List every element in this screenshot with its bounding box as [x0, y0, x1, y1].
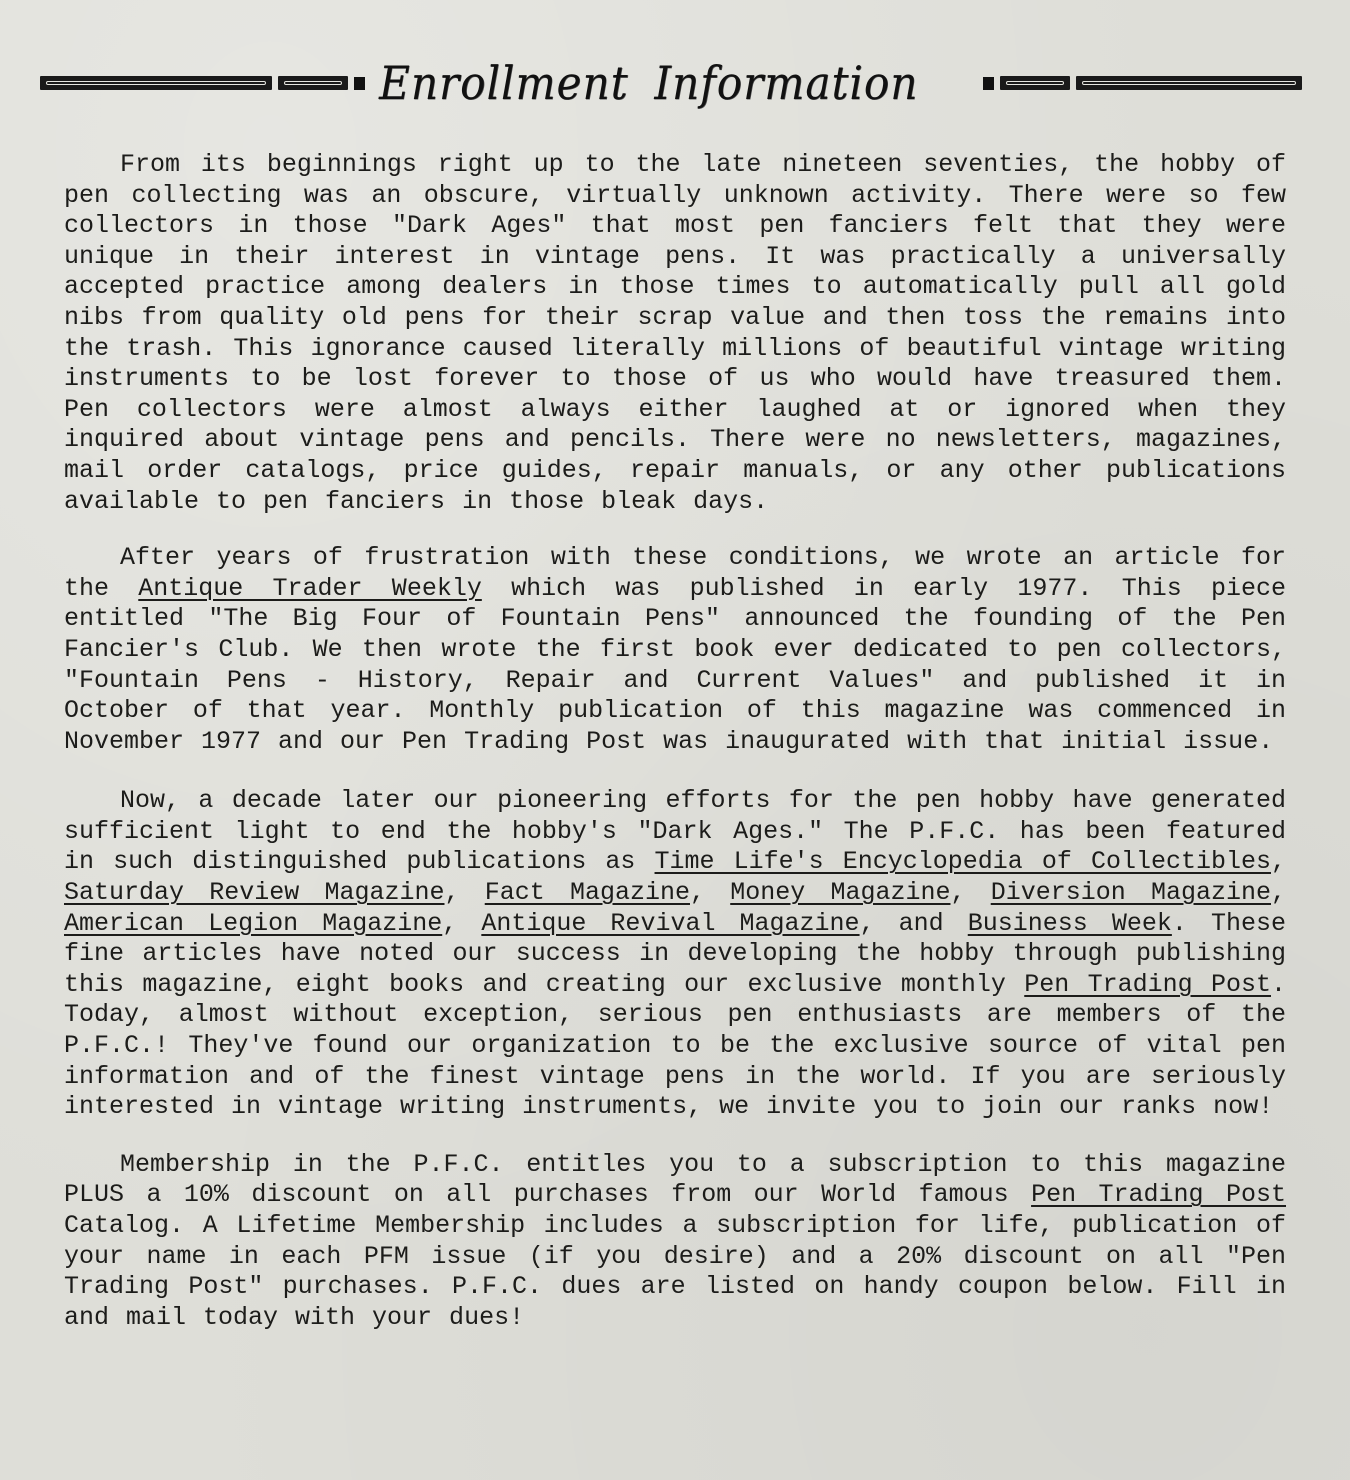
- title-word-enrollment: Enrollment: [379, 56, 629, 110]
- publication-title: Pen Trading Post: [1031, 1180, 1286, 1209]
- title-word-information: Information: [654, 56, 918, 110]
- magazine-page: EnrollmentInformation From its beginning…: [0, 0, 1350, 1480]
- paragraph-history: From its beginnings right up to the late…: [64, 150, 1286, 517]
- article-body: From its beginnings right up to the late…: [64, 150, 1286, 1359]
- ornament-square-left: [354, 77, 365, 90]
- publication-title: Antique Revival Magazine: [481, 909, 859, 938]
- ornament-bar-right-long: [1076, 76, 1302, 90]
- title-banner: EnrollmentInformation: [40, 48, 1310, 118]
- ornament-bar-left-short: [278, 76, 348, 90]
- publication-title: Diversion Magazine: [991, 878, 1271, 907]
- paragraph-founding: After years of frustration with these co…: [64, 543, 1286, 757]
- publication-title: Business Week: [968, 909, 1172, 938]
- publication-title: Fact Magazine: [485, 878, 690, 907]
- paragraph-membership: Membership in the P.F.C. entitles you to…: [64, 1150, 1286, 1334]
- ornament-bar-right-short: [1000, 76, 1070, 90]
- publication-title: Saturday Review Magazine: [64, 878, 445, 907]
- publication-title: American Legion Magazine: [64, 909, 442, 938]
- publication-title: Time Life's Encyclopedia of Collectibles: [655, 847, 1271, 876]
- paragraph-recognition: Now, a decade later our pioneering effor…: [64, 786, 1286, 1123]
- ornament-bar-left-long: [40, 76, 272, 90]
- publication-title: Pen Trading Post: [1024, 970, 1271, 999]
- publication-title: Money Magazine: [730, 878, 950, 907]
- page-title: EnrollmentInformation: [379, 60, 918, 106]
- publication-title: Antique Trader Weekly: [138, 574, 482, 603]
- ornament-square-right: [983, 77, 994, 90]
